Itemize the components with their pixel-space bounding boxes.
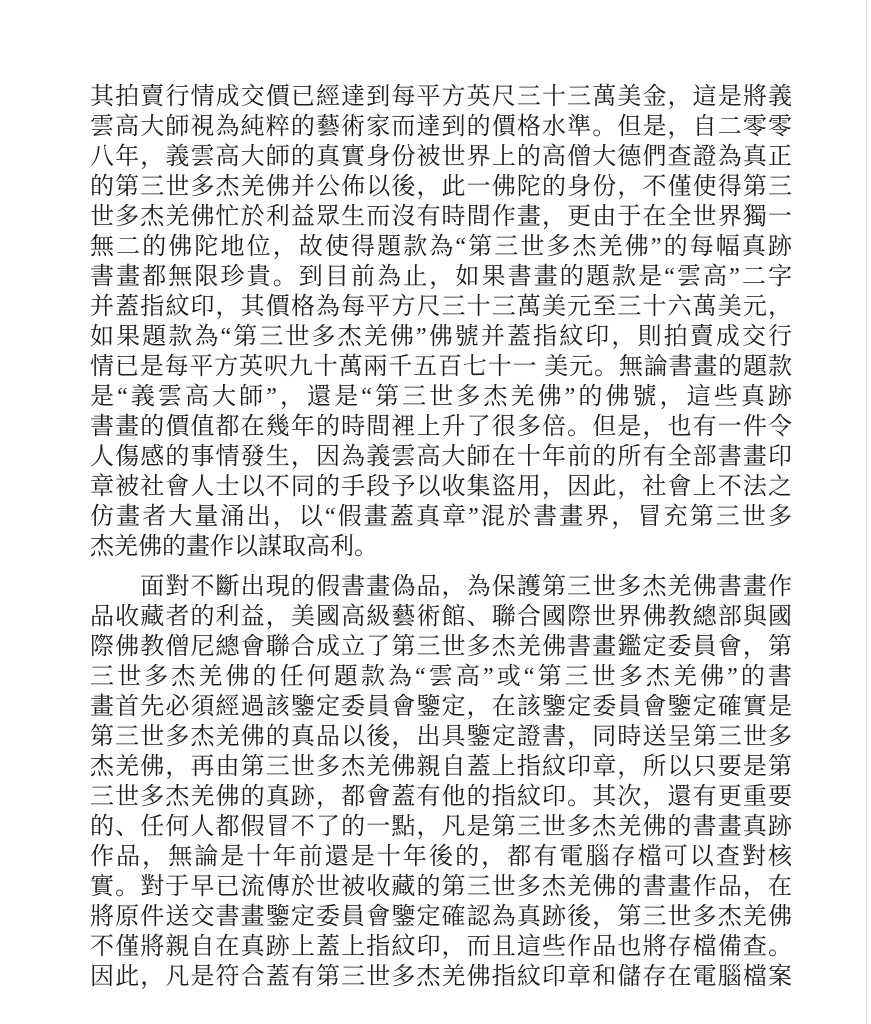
- paragraph: 其拍賣行情成交價已經達到每平方英尺三十三萬美金，這是將義雲高大師視為純粹的藝術家…: [90, 82, 792, 562]
- text-line: 畫首先必須經過該鑒定委員會鑒定，在該鑒定委員會鑒定確實是: [90, 692, 792, 722]
- text-line: 其拍賣行情成交價已經達到每平方英尺三十三萬美金，這是將義: [90, 82, 792, 112]
- text-line: 將原件送交書畫鑒定委員會鑒定確認為真跡後，第三世多杰羌佛: [90, 902, 792, 932]
- text-line: 杰羌佛的畫作以謀取高利。: [90, 532, 792, 562]
- text-line: 無二的佛陀地位，故使得題款為“第三世多杰羌佛”的每幅真跡: [90, 232, 792, 262]
- text-line: 八年，義雲高大師的真實身份被世界上的高僧大德們查證為真正: [90, 142, 792, 172]
- text-line: 書畫的價值都在幾年的時間裡上升了很多倍。但是，也有一件令: [90, 412, 792, 442]
- text-line: 際佛教僧尼總會聯合成立了第三世多杰羌佛書畫鑑定委員會，第: [90, 632, 792, 662]
- text-line: 是“義雲高大師”，還是“第三世多杰羌佛”的佛號，這些真跡: [90, 382, 792, 412]
- paragraph: 面對不斷出現的假書畫偽品，為保護第三世多杰羌佛書畫作品收藏者的利益，美國高級藝術…: [90, 572, 792, 992]
- text-line: 品收藏者的利益，美國高級藝術館、聯合國際世界佛教總部與國: [90, 602, 792, 632]
- text-line: 情已是每平方英呎九十萬兩千五百七十一 美元。無論書畫的題款: [90, 352, 792, 382]
- text-line: 面對不斷出現的假書畫偽品，為保護第三世多杰羌佛書畫作: [90, 572, 792, 602]
- text-line: 世多杰羌佛忙於利益眾生而沒有時間作畫，更由于在全世界獨一: [90, 202, 792, 232]
- text-line: 如果題款為“第三世多杰羌佛”佛號并蓋指紋印，則拍賣成交行: [90, 322, 792, 352]
- text-line: 第三世多杰羌佛的真品以後，出具鑒定證書，同時送呈第三世多: [90, 722, 792, 752]
- text-line: 杰羌佛，再由第三世多杰羌佛親自蓋上指紋印章，所以只要是第: [90, 752, 792, 782]
- text-line: 作品，無論是十年前還是十年後的，都有電腦存檔可以查對核: [90, 842, 792, 872]
- text-line: 的第三世多杰羌佛并公佈以後，此一佛陀的身份，不僅使得第三: [90, 172, 792, 202]
- document-page: 其拍賣行情成交價已經達到每平方英尺三十三萬美金，這是將義雲高大師視為純粹的藝術家…: [0, 0, 871, 1024]
- text-line: 實。對于早已流傳於世被收藏的第三世多杰羌佛的書畫作品，在: [90, 872, 792, 902]
- text-line: 仿畫者大量涌出，以“假畫蓋真章”混於書畫界，冒充第三世多: [90, 502, 792, 532]
- text-line: 不僅將親自在真跡上蓋上指紋印，而且這些作品也將存檔備查。: [90, 932, 792, 962]
- text-line: 三世多杰羌佛的真跡，都會蓋有他的指紋印。其次，還有更重要: [90, 782, 792, 812]
- text-line: 的、任何人都假冒不了的一點，凡是第三世多杰羌佛的書畫真跡: [90, 812, 792, 842]
- text-line: 人傷感的事情發生，因為義雲高大師在十年前的所有全部書畫印: [90, 442, 792, 472]
- text-line: 章被社會人士以不同的手段予以收集盜用，因此，社會上不法之: [90, 472, 792, 502]
- text-line: 雲高大師視為純粹的藝術家而達到的價格水準。但是，自二零零: [90, 112, 792, 142]
- text-line: 三世多杰羌佛的任何題款為“雲高”或“第三世多杰羌佛”的書: [90, 662, 792, 692]
- text-line: 因此，凡是符合蓋有第三世多杰羌佛指紋印章和儲存在電腦檔案: [90, 962, 792, 992]
- page-edge-line: [866, 0, 867, 1024]
- text-line: 書畫都無限珍貴。到目前為止，如果書畫的題款是“雲高”二字: [90, 262, 792, 292]
- text-line: 并蓋指紋印，其價格為每平方尺三十三萬美元至三十六萬美元，: [90, 292, 792, 322]
- text-block: 其拍賣行情成交價已經達到每平方英尺三十三萬美金，這是將義雲高大師視為純粹的藝術家…: [90, 82, 792, 992]
